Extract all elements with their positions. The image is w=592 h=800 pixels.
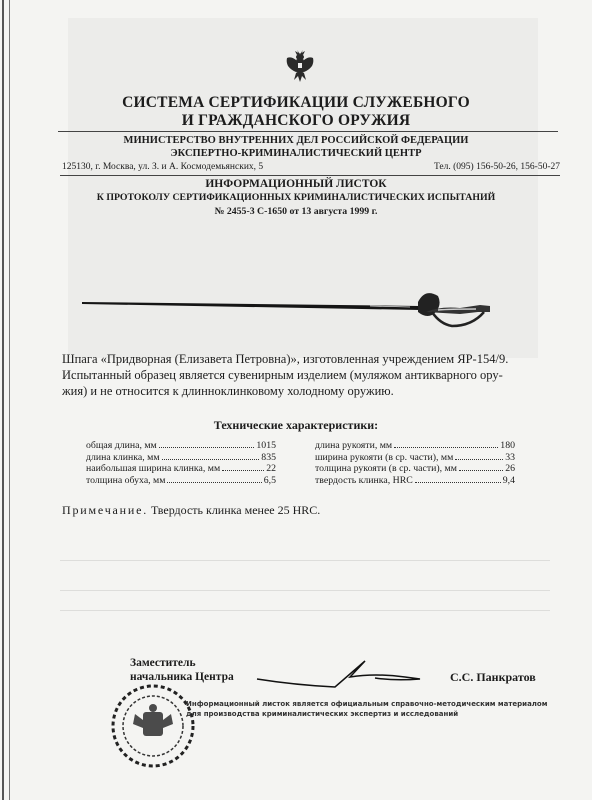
signer-name: С.С. Панкратов	[450, 670, 536, 685]
spec-value: 6,5	[264, 475, 276, 487]
signer-position-line1: Заместитель	[130, 656, 196, 670]
specs-right-column: длина рукояти, мм180 ширина рукояти (в с…	[315, 440, 515, 486]
spec-row: длина клинка, мм835	[86, 452, 276, 464]
info-sheet-subtitle: К ПРОТОКОЛУ СЕРТИФИКАЦИОННЫХ КРИМИНАЛИСТ…	[0, 192, 592, 203]
bleed-through-line	[60, 560, 550, 561]
tech-specs-title: Технические характеристики:	[0, 418, 592, 433]
spec-row: общая длина, мм1015	[86, 440, 276, 452]
spec-label: ширина рукояти (в ср. части), мм	[315, 452, 453, 464]
footer-note: Информационный листок является официальн…	[186, 699, 547, 719]
item-description: Шпага «Придворная (Елизавета Петровна)»,…	[62, 351, 555, 399]
spec-row: наибольшая ширина клинка, мм22	[86, 463, 276, 475]
protocol-number: № 2455-3 С-1650 от 13 августа 1999 г.	[0, 206, 592, 217]
spec-row: толщина обуха, мм6,5	[86, 475, 276, 487]
spec-value: 33	[505, 452, 515, 464]
spec-label: твердость клинка, HRC	[315, 475, 413, 487]
spec-value: 835	[261, 452, 276, 464]
spec-value: 22	[266, 463, 276, 475]
leader-dots	[415, 482, 501, 483]
leader-dots	[455, 459, 503, 460]
address-rule	[60, 175, 560, 176]
signer-position-line2: начальника Центра	[130, 670, 234, 684]
leader-dots	[162, 459, 260, 460]
info-sheet-title: ИНФОРМАЦИОННЫЙ ЛИСТОК	[0, 178, 592, 190]
spec-value: 1015	[256, 440, 276, 452]
spec-label: толщина обуха, мм	[86, 475, 165, 487]
note: Примечание. Твердость клинка менее 25 HR…	[62, 503, 320, 518]
leader-dots	[222, 470, 264, 471]
note-label: Примечание.	[62, 503, 148, 517]
spec-row: толщина рукояти (в ср. части), мм26	[315, 463, 515, 475]
specs-left-column: общая длина, мм1015 длина клинка, мм835 …	[86, 440, 276, 486]
description-line2: Испытанный образец является сувенирным и…	[62, 367, 555, 383]
center-name: ЭКСПЕРТНО-КРИМИНАЛИСТИЧЕСКИЙ ЦЕНТР	[0, 147, 592, 160]
phone: Тел. (095) 156-50-26, 156-50-27	[434, 162, 560, 172]
sword-icon	[80, 290, 540, 340]
footer-line1: Информационный листок является официальн…	[186, 699, 547, 709]
header-rule	[58, 131, 558, 132]
leader-dots	[159, 447, 255, 448]
bleed-through-line	[60, 610, 550, 611]
leader-dots	[459, 470, 503, 471]
ministry-name: МИНИСТЕРСТВО ВНУТРЕННИХ ДЕЛ РОССИЙСКОЙ Ф…	[0, 134, 592, 147]
address: 125130, г. Москва, ул. З. и А. Космодемь…	[62, 162, 263, 172]
spec-label: длина рукояти, мм	[315, 440, 392, 452]
spec-value: 9,4	[503, 475, 515, 487]
spec-row: твердость клинка, HRC9,4	[315, 475, 515, 487]
spec-label: наибольшая ширина клинка, мм	[86, 463, 220, 475]
signature	[255, 655, 425, 695]
footer-line2: для производства криминалистических эксп…	[186, 709, 547, 719]
spec-value: 180	[500, 440, 515, 452]
spec-row: длина рукояти, мм180	[315, 440, 515, 452]
spec-label: общая длина, мм	[86, 440, 157, 452]
official-seal-icon	[105, 680, 205, 775]
spec-label: толщина рукояти (в ср. части), мм	[315, 463, 457, 475]
leader-dots	[167, 482, 261, 483]
spec-row: ширина рукояти (в ср. части), мм33	[315, 452, 515, 464]
bleed-through-line	[60, 590, 550, 591]
system-title-line2: И ГРАЖДАНСКОГО ОРУЖИЯ	[0, 112, 592, 130]
note-text: Твердость клинка менее 25 HRC.	[151, 503, 320, 517]
double-headed-eagle-icon	[285, 48, 315, 86]
spec-value: 26	[505, 463, 515, 475]
spec-label: длина клинка, мм	[86, 452, 160, 464]
description-line3: жия) и не относится к длинноклинковому х…	[62, 383, 555, 399]
system-title-line1: СИСТЕМА СЕРТИФИКАЦИИ СЛУЖЕБНОГО	[0, 94, 592, 112]
description-line1: Шпага «Придворная (Елизавета Петровна)»,…	[62, 351, 555, 367]
leader-dots	[394, 447, 498, 448]
